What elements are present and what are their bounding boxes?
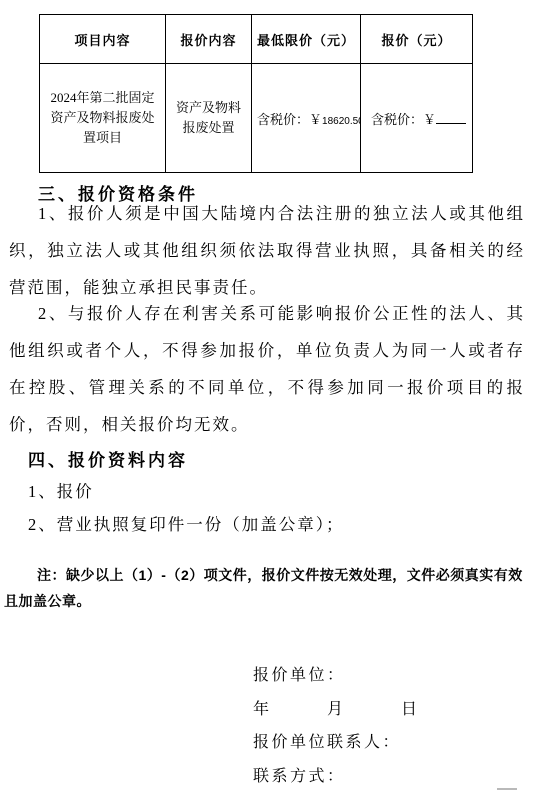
bid-price-blank-underline — [436, 110, 466, 124]
paragraph-qualification-1: 1、报价人须是中国大陆境内合法注册的独立法人或其他组织，独立法人或其他组织须依法… — [9, 195, 525, 306]
signoff-unit-line: 报价单位： — [253, 659, 420, 693]
signoff-date-line: 年 月 日 — [253, 693, 420, 727]
header-cell-min-price: 最低限价（元） — [252, 15, 361, 64]
signoff-contact-line: 报价单位联系人： — [253, 726, 420, 760]
header-cell-content: 报价内容 — [166, 15, 252, 64]
partial-underline-artifact — [497, 788, 517, 790]
min-price-cell: 含税价：￥18620.50 — [252, 64, 361, 173]
header-cell-project: 项目内容 — [40, 15, 166, 64]
min-price-amount: 18620.50 — [322, 116, 360, 127]
table-header-row: 项目内容 报价内容 最低限价（元） 报价（元） — [40, 15, 473, 64]
bid-price-cell: 含税价：￥ — [361, 64, 473, 173]
section-heading-materials: 四、报价资料内容 — [28, 446, 188, 471]
note-paragraph: 注：缺少以上（1）-（2）项文件，报价文件按无效处理，文件必须真实有效且加盖公章… — [4, 562, 530, 614]
table-row: 2024年第二批固定资产及物料报废处置项目 资产及物料报废处置 含税价：￥186… — [40, 64, 473, 173]
document-page: 项目内容 报价内容 最低限价（元） 报价（元） 2024年第二批固定资产及物料报… — [0, 0, 533, 791]
price-table: 项目内容 报价内容 最低限价（元） 报价（元） 2024年第二批固定资产及物料报… — [39, 14, 473, 173]
list-item-quote: 1、报价 — [28, 478, 94, 502]
signoff-phone-line: 联系方式： — [253, 760, 420, 791]
content-cell: 资产及物料报废处置 — [166, 64, 252, 173]
header-cell-bid-price: 报价（元） — [361, 15, 473, 64]
signoff-block: 报价单位： 年 月 日 报价单位联系人： 联系方式： — [253, 659, 420, 791]
bid-price-label: 含税价：￥ — [371, 112, 436, 127]
paragraph-qualification-2: 2、与报价人存在利害关系可能影响报价公正性的法人、其他组织或者个人，不得参加报价… — [9, 295, 525, 443]
min-price-label: 含税价：￥ — [257, 112, 322, 127]
project-cell: 2024年第二批固定资产及物料报废处置项目 — [40, 64, 166, 173]
list-item-license: 2、营业执照复印件一份（加盖公章）； — [28, 511, 345, 535]
